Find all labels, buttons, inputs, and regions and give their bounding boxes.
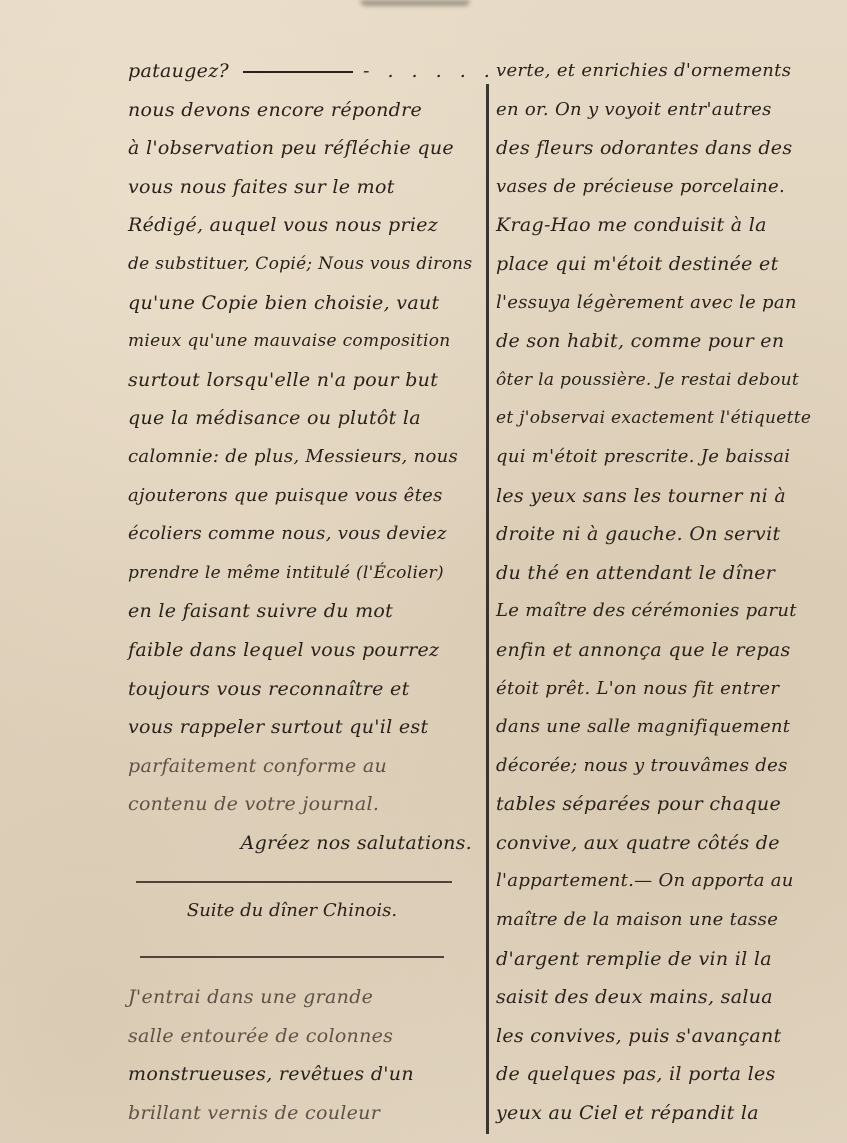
text-line: parfaitement conforme au [128, 747, 478, 786]
first-word: pataugez? [128, 60, 229, 82]
column-divider [486, 84, 489, 1134]
text-line: vous nous faites sur le mot [128, 168, 478, 207]
text-line: à l'observation peu réfléchie que [128, 129, 478, 168]
text-line: faible dans lequel vous pourrez [128, 631, 478, 670]
text-line: de quelques pas, il porta les [496, 1055, 841, 1094]
text-line: mieux qu'une mauvaise composition [128, 322, 478, 361]
dotted-leader: - . . . . . [363, 60, 496, 82]
text-line: l'appartement.— On apporta au [496, 862, 841, 901]
text-line: maître de la maison une tasse [496, 901, 841, 940]
text-line: prendre le même intitulé (l'Écolier) [128, 554, 478, 593]
text-line: toujours vous reconnaître et [128, 670, 478, 709]
text-line: étoit prêt. L'on nous fit entrer [496, 670, 841, 709]
text-line: tables séparées pour chaque [496, 785, 841, 824]
text-line: écoliers comme nous, vous deviez [128, 515, 478, 554]
manuscript-page: pataugez?- . . . . . nous devons encore … [0, 0, 847, 1143]
text-line: qui m'étoit prescrite. Je baissai [496, 438, 841, 477]
divider-line [140, 956, 444, 958]
divider-line [136, 881, 452, 883]
text-line: ajouterons que puisque vous êtes [128, 477, 478, 516]
text-line: vases de précieuse porcelaine. [496, 168, 841, 207]
text-line: que la médisance ou plutôt la [128, 399, 478, 438]
text-line: Krag-Hao me conduisit à la [496, 206, 841, 245]
text-line: saisit des deux mains, salua [496, 978, 841, 1017]
text-line: ôter la poussière. Je restai debout [496, 361, 841, 400]
text-line: l'essuya légèrement avec le pan [496, 284, 841, 323]
text-line: de son habit, comme pour en [496, 322, 841, 361]
section-body: J'entrai dans une grande salle entourée … [128, 978, 478, 1132]
text-line: salle entourée de colonnes [128, 1017, 478, 1056]
text-line: convive, aux quatre côtés de [496, 824, 841, 863]
text-line: décorée; nous y trouvâmes des [496, 747, 841, 786]
text-line: yeux au Ciel et répandit la [496, 1094, 841, 1133]
text-line: les yeux sans les tourner ni à [496, 477, 841, 516]
text-line: J'entrai dans une grande [128, 978, 478, 1017]
text-line: calomnie: de plus, Messieurs, nous [128, 438, 478, 477]
text-line: enfin et annonça que le repas [496, 631, 841, 670]
right-column: verte, et enrichies d'ornements en or. O… [496, 52, 841, 1133]
text-line: qu'une Copie bien choisie, vaut [128, 284, 478, 323]
closing-salutation: Agréez nos salutations. [128, 824, 478, 863]
text-line: Rédigé, auquel vous nous priez [128, 206, 478, 245]
ink-smudge [360, 0, 470, 6]
text-line: des fleurs odorantes dans des [496, 129, 841, 168]
text-line: nous devons encore répondre [128, 91, 478, 130]
section-title: Suite du dîner Chinois. [140, 900, 444, 921]
text-line: vous rappeler surtout qu'il est [128, 708, 478, 747]
text-line: du thé en attendant le dîner [496, 554, 841, 593]
text-line: d'argent remplie de vin il la [496, 940, 841, 979]
text-line: brillant vernis de couleur [128, 1094, 478, 1133]
text-line: verte, et enrichies d'ornements [496, 52, 841, 91]
text-line: en le faisant suivre du mot [128, 592, 478, 631]
text-line: les convives, puis s'avançant [496, 1017, 841, 1056]
text-line: place qui m'étoit destinée et [496, 245, 841, 284]
text-line: Le maître des cérémonies parut [496, 592, 841, 631]
text-line: contenu de votre journal. [128, 785, 478, 824]
left-column: pataugez?- . . . . . nous devons encore … [128, 52, 478, 862]
text-line: et j'observai exactement l'étiquette [496, 399, 841, 438]
text-line: monstrueuses, revêtues d'un [128, 1055, 478, 1094]
text-line: pataugez?- . . . . . [128, 52, 478, 91]
text-line: de substituer, Copié; Nous vous dirons [128, 245, 478, 284]
text-line: en or. On y voyoit entr'autres [496, 91, 841, 130]
text-line: dans une salle magnifiquement [496, 708, 841, 747]
text-line: droite ni à gauche. On servit [496, 515, 841, 554]
text-line: surtout lorsqu'elle n'a pour but [128, 361, 478, 400]
dash-leader [243, 71, 353, 73]
